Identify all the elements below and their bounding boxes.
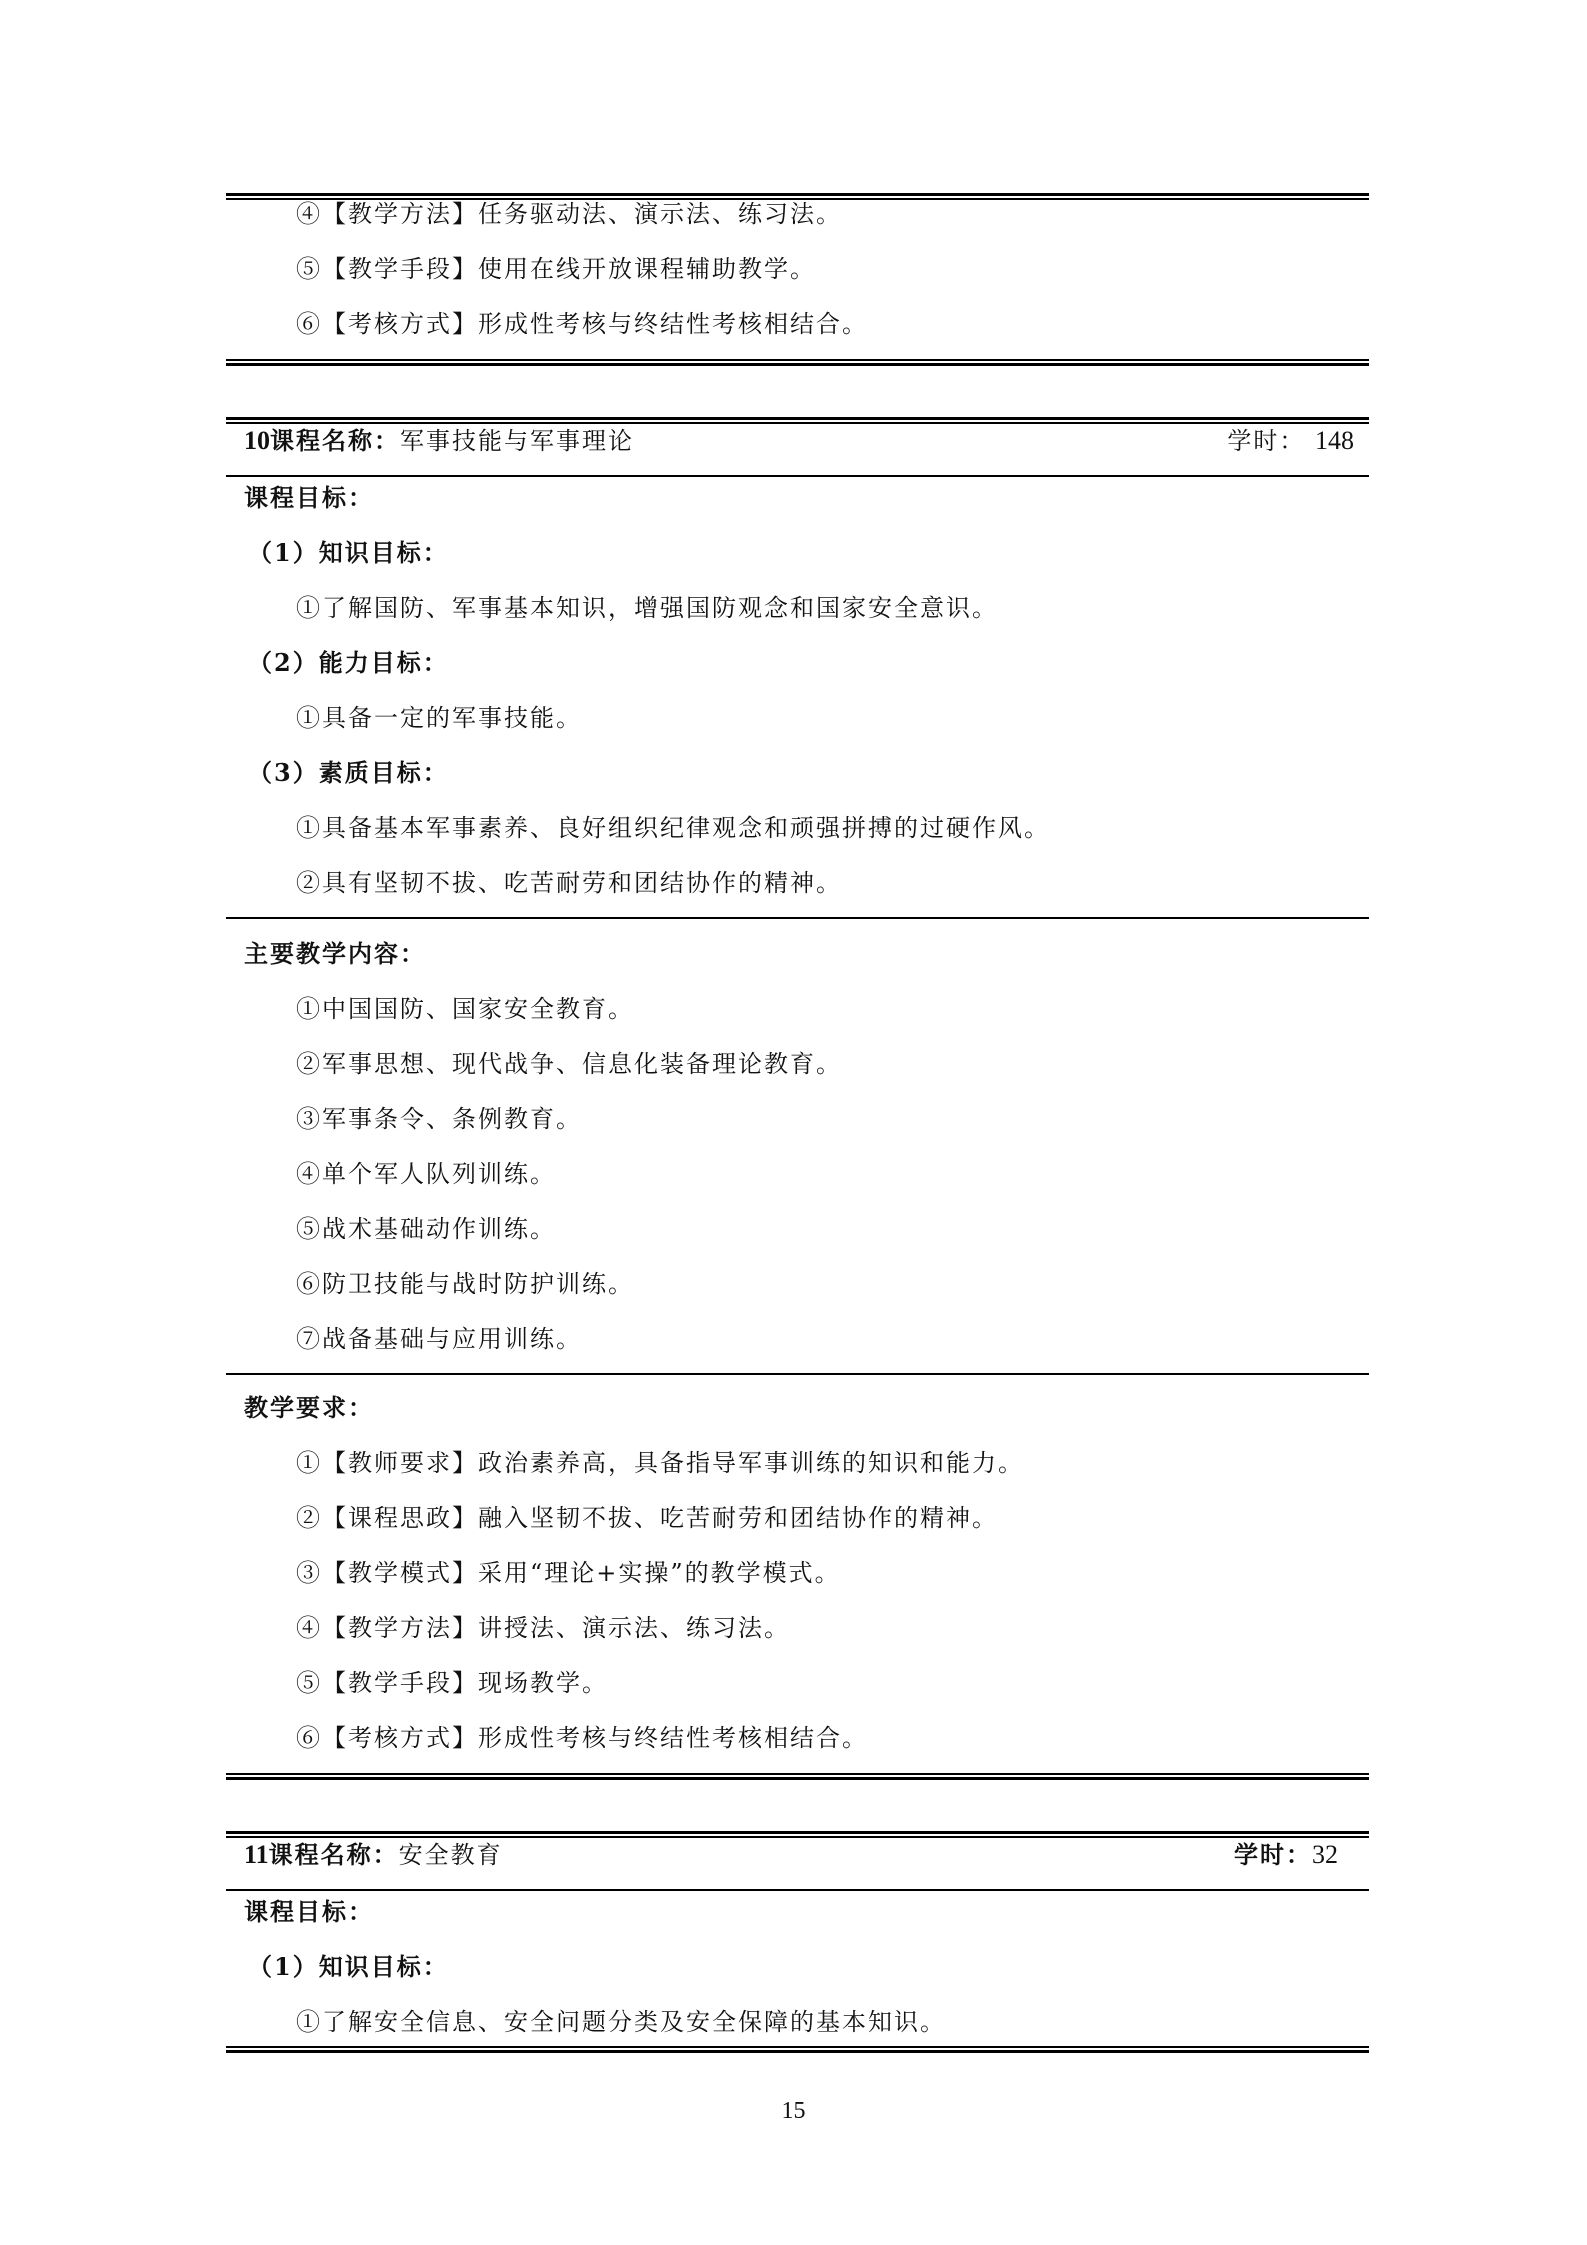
list-item: ①【教师要求】政治素养高，具备指导军事训练的知识和能力。: [296, 1448, 1024, 1478]
list-item: ⑦战备基础与应用训练。: [296, 1324, 582, 1354]
course-hours: 学时：32: [1234, 1840, 1338, 1870]
course-title-row: 10课程名称：军事技能与军事理论 学时： 148: [244, 426, 1354, 456]
list-item: ③【教学模式】采用“理论+实操”的教学模式。: [296, 1558, 841, 1588]
course-name-label: 课程名称：: [269, 1840, 399, 1869]
list-item: ④单个军人队列训练。: [296, 1159, 556, 1189]
list-item: ②【课程思政】融入坚韧不拔、吃苦耐劳和团结协作的精神。: [296, 1503, 998, 1533]
table-double-rule-top: [226, 417, 1369, 424]
hours-value: 32: [1312, 1840, 1338, 1869]
list-item: ④【教学方法】任务驱动法、演示法、练习法。: [296, 199, 842, 229]
table-double-rule-bottom: [226, 1773, 1369, 1780]
list-item: ⑤【教学手段】现场教学。: [296, 1668, 608, 1698]
document-page: ④【教学方法】任务驱动法、演示法、练习法。 ⑤【教学手段】使用在线开放课程辅助教…: [0, 0, 1587, 2245]
course-name: 安全教育: [399, 1841, 503, 1869]
list-item: ⑥防卫技能与战时防护训练。: [296, 1269, 634, 1299]
section-heading-requirements: 教学要求：: [244, 1393, 374, 1423]
table-double-rule-bottom: [226, 359, 1369, 366]
list-item: ⑤战术基础动作训练。: [296, 1214, 556, 1244]
list-item: ⑥【考核方式】形成性考核与终结性考核相结合。: [296, 1723, 868, 1753]
table-rule: [226, 917, 1369, 919]
list-item: ②军事思想、现代战争、信息化装备理论教育。: [296, 1049, 842, 1079]
page-number: 15: [0, 2098, 1587, 2125]
list-item: ③军事条令、条例教育。: [296, 1104, 582, 1134]
course-name-label: 课程名称：: [270, 426, 400, 455]
table-rule: [226, 1889, 1369, 1891]
section-heading-goals: 课程目标：: [244, 483, 374, 513]
hours-value: 148: [1315, 426, 1354, 455]
course-number: 11: [244, 1840, 269, 1869]
list-item: ⑤【教学手段】使用在线开放课程辅助教学。: [296, 254, 816, 284]
list-item: ①了解安全信息、安全问题分类及安全保障的基本知识。: [296, 2007, 946, 2037]
subsection-heading-ability: （2）能力目标：: [248, 648, 449, 678]
subsection-heading-knowledge: （1）知识目标：: [248, 1952, 449, 1982]
table-rule: [226, 475, 1369, 477]
hours-label: 学时：: [1234, 1840, 1312, 1869]
list-item: ①了解国防、军事基本知识，增强国防观念和国家安全意识。: [296, 593, 998, 623]
course-title-row: 11课程名称：安全教育 学时：32: [244, 1840, 1354, 1870]
list-item: ①具备基本军事素养、良好组织纪律观念和顽强拼搏的过硬作风。: [296, 813, 1050, 843]
subsection-heading-knowledge: （1）知识目标：: [248, 538, 449, 568]
hours-label: 学时：: [1227, 427, 1305, 455]
list-item: ①具备一定的军事技能。: [296, 703, 582, 733]
table-double-rule-top: [226, 1831, 1369, 1838]
subsection-heading-quality: （3）素质目标：: [248, 758, 449, 788]
section-heading-content: 主要教学内容：: [244, 939, 426, 969]
list-item: ①中国国防、国家安全教育。: [296, 994, 634, 1024]
list-item: ②具有坚韧不拔、吃苦耐劳和团结协作的精神。: [296, 868, 842, 898]
list-item: ④【教学方法】讲授法、演示法、练习法。: [296, 1613, 790, 1643]
course-name: 军事技能与军事理论: [400, 427, 634, 455]
section-heading-goals: 课程目标：: [244, 1897, 374, 1927]
course-hours: 学时： 148: [1227, 426, 1354, 456]
list-item: ⑥【考核方式】形成性考核与终结性考核相结合。: [296, 309, 868, 339]
course-number: 10: [244, 426, 270, 455]
table-double-rule-bottom: [226, 2046, 1369, 2053]
table-rule: [226, 1373, 1369, 1375]
